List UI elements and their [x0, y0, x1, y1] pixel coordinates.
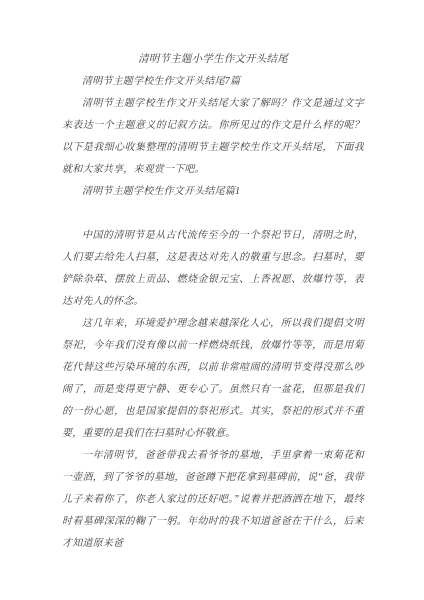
- document-subtitle: 清明节主题学校生作文开头结尾7篇: [62, 71, 364, 93]
- document-page: 清明节主题小学生作文开头结尾 清明节主题学校生作文开头结尾7篇 清明节主题学校生…: [0, 0, 424, 600]
- section-heading: 清明节主题学校生作文开头结尾篇1: [62, 181, 364, 203]
- intro-paragraph: 清明节主题学校生作文开头结尾大家了解吗？作文是通过文字来表达一个主题意义的记叙方…: [62, 93, 364, 181]
- body-paragraph-2: 这几年来，环境爱护理念越来越深化人心，所以我们提倡文明祭祀，今年我们没有像以前一…: [62, 313, 364, 445]
- body-paragraph-1: 中国的清明节是从古代流传至今的一个祭祀节日，清明之时，人们要去给先人扫墓，这是表…: [62, 225, 364, 313]
- document-title: 清明节主题小学生作文开头结尾: [62, 49, 364, 71]
- body-paragraph-3: 一年清明节，爸爸带我去看爷爷的墓地，手里拿着一束菊花和一壶酒，到了爷爷的墓地，爸…: [62, 445, 364, 555]
